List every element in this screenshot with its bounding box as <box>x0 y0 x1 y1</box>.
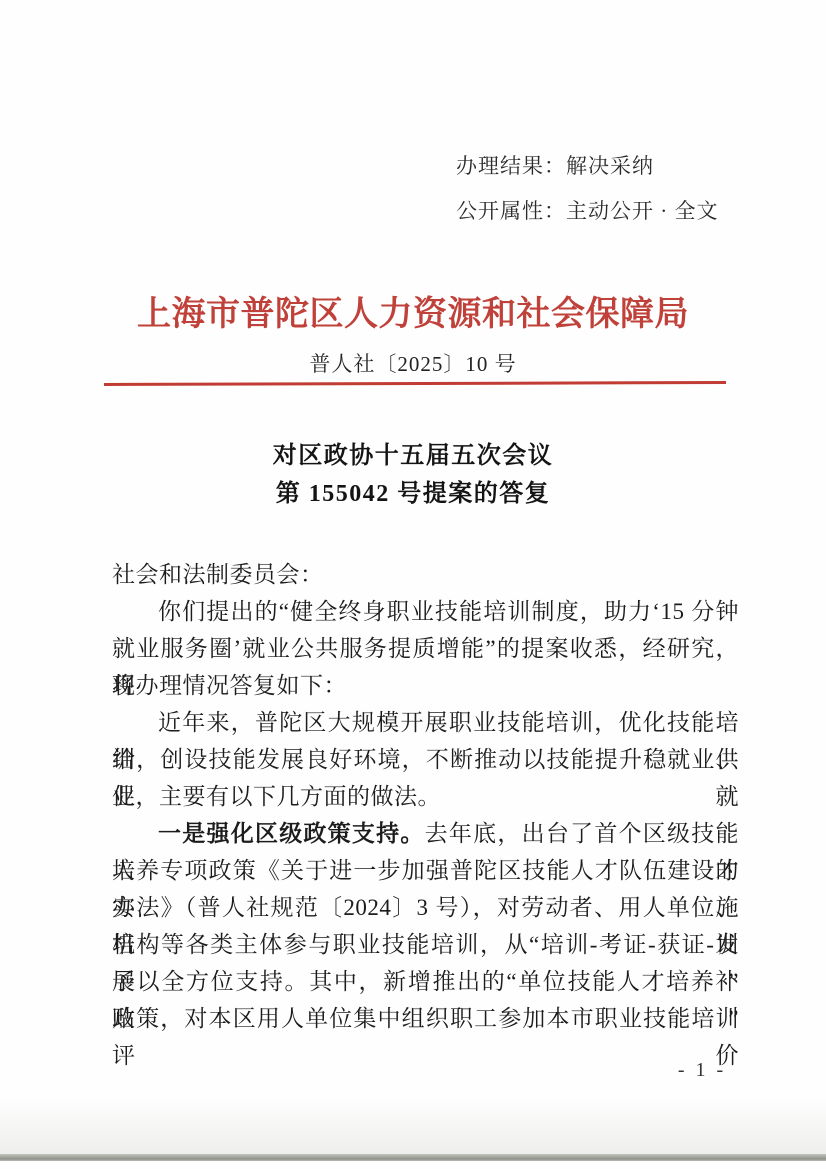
handling-result-line: 办理结果：解决采纳 <box>456 144 719 189</box>
red-divider-line <box>104 381 726 386</box>
scanned-document-page: 办理结果：解决采纳 公开属性：主动公开 · 全文 上海市普陀区人力资源和社会保障… <box>0 0 826 1169</box>
body-line: 培养专项政策《关于进一步加强普陀区技能人才队伍建设的实施 <box>112 852 739 889</box>
body-text: 社会和法制委员会：你们提出的“健全终身职业技能培训制度，助力‘15 分钟就业服务… <box>112 556 739 1037</box>
body-line: 予以全方位支持。其中，新增推出的“单位技能人才培养补贴” <box>112 963 739 1000</box>
body-line: 近年来，普陀区大规模开展职业技能培训，优化技能培训供 <box>112 704 739 741</box>
body-line: 机构等各类主体参与职业技能培训，从“培训-考证-获证-发展” <box>112 926 739 963</box>
body-line: 一是强化区级政策支持。去年底，出台了首个区级技能人才 <box>112 815 739 852</box>
body-segment-bold: 一是强化区级政策支持。 <box>158 820 425 846</box>
document-title-line-2: 第 155042 号提案的答复 <box>0 475 826 513</box>
body-line: 办法》（普人社规范〔2024〕3 号），对劳动者、用人单位、培训 <box>112 889 739 926</box>
body-line: 给，创设技能发展良好环境，不断推动以技能提升稳就业、促就 <box>112 741 739 778</box>
agency-masthead: 上海市普陀区人力资源和社会保障局 <box>0 286 826 335</box>
body-segment: 你们提出的“健全终身职业技能培训制度，助力‘15 分钟 <box>158 599 739 624</box>
document-title: 对区政协十五届五次会议 第 155042 号提案的答复 <box>0 437 826 513</box>
body-line: 社会和法制委员会： <box>112 556 739 593</box>
body-segment: 业，主要有以下几方面的做法。 <box>112 784 441 809</box>
scan-shadow <box>0 1096 826 1154</box>
body-line: 将办理情况答复如下： <box>112 667 739 704</box>
body-segment: 政策，对本区用人单位集中组织职工参加本市职业技能培训评价 <box>112 1006 739 1068</box>
body-line: 你们提出的“健全终身职业技能培训制度，助力‘15 分钟 <box>112 593 739 630</box>
document-number: 普人社〔2025〕10 号 <box>0 348 826 378</box>
document-title-line-1: 对区政协十五届五次会议 <box>0 437 826 475</box>
scan-bottom-edge <box>0 1154 826 1161</box>
body-segment: 社会和法制委员会： <box>112 562 324 587</box>
body-segment: 将办理情况答复如下： <box>112 673 347 698</box>
body-line: 就业服务圈’就业公共服务提质增能”的提案收悉，经研究，现 <box>112 630 739 667</box>
document-meta-block: 办理结果：解决采纳 公开属性：主动公开 · 全文 <box>456 144 719 234</box>
page-number: - 1 - <box>660 1059 744 1082</box>
body-line: 政策，对本区用人单位集中组织职工参加本市职业技能培训评价 <box>112 1000 739 1037</box>
publicity-attribute-line: 公开属性：主动公开 · 全文 <box>456 189 719 234</box>
